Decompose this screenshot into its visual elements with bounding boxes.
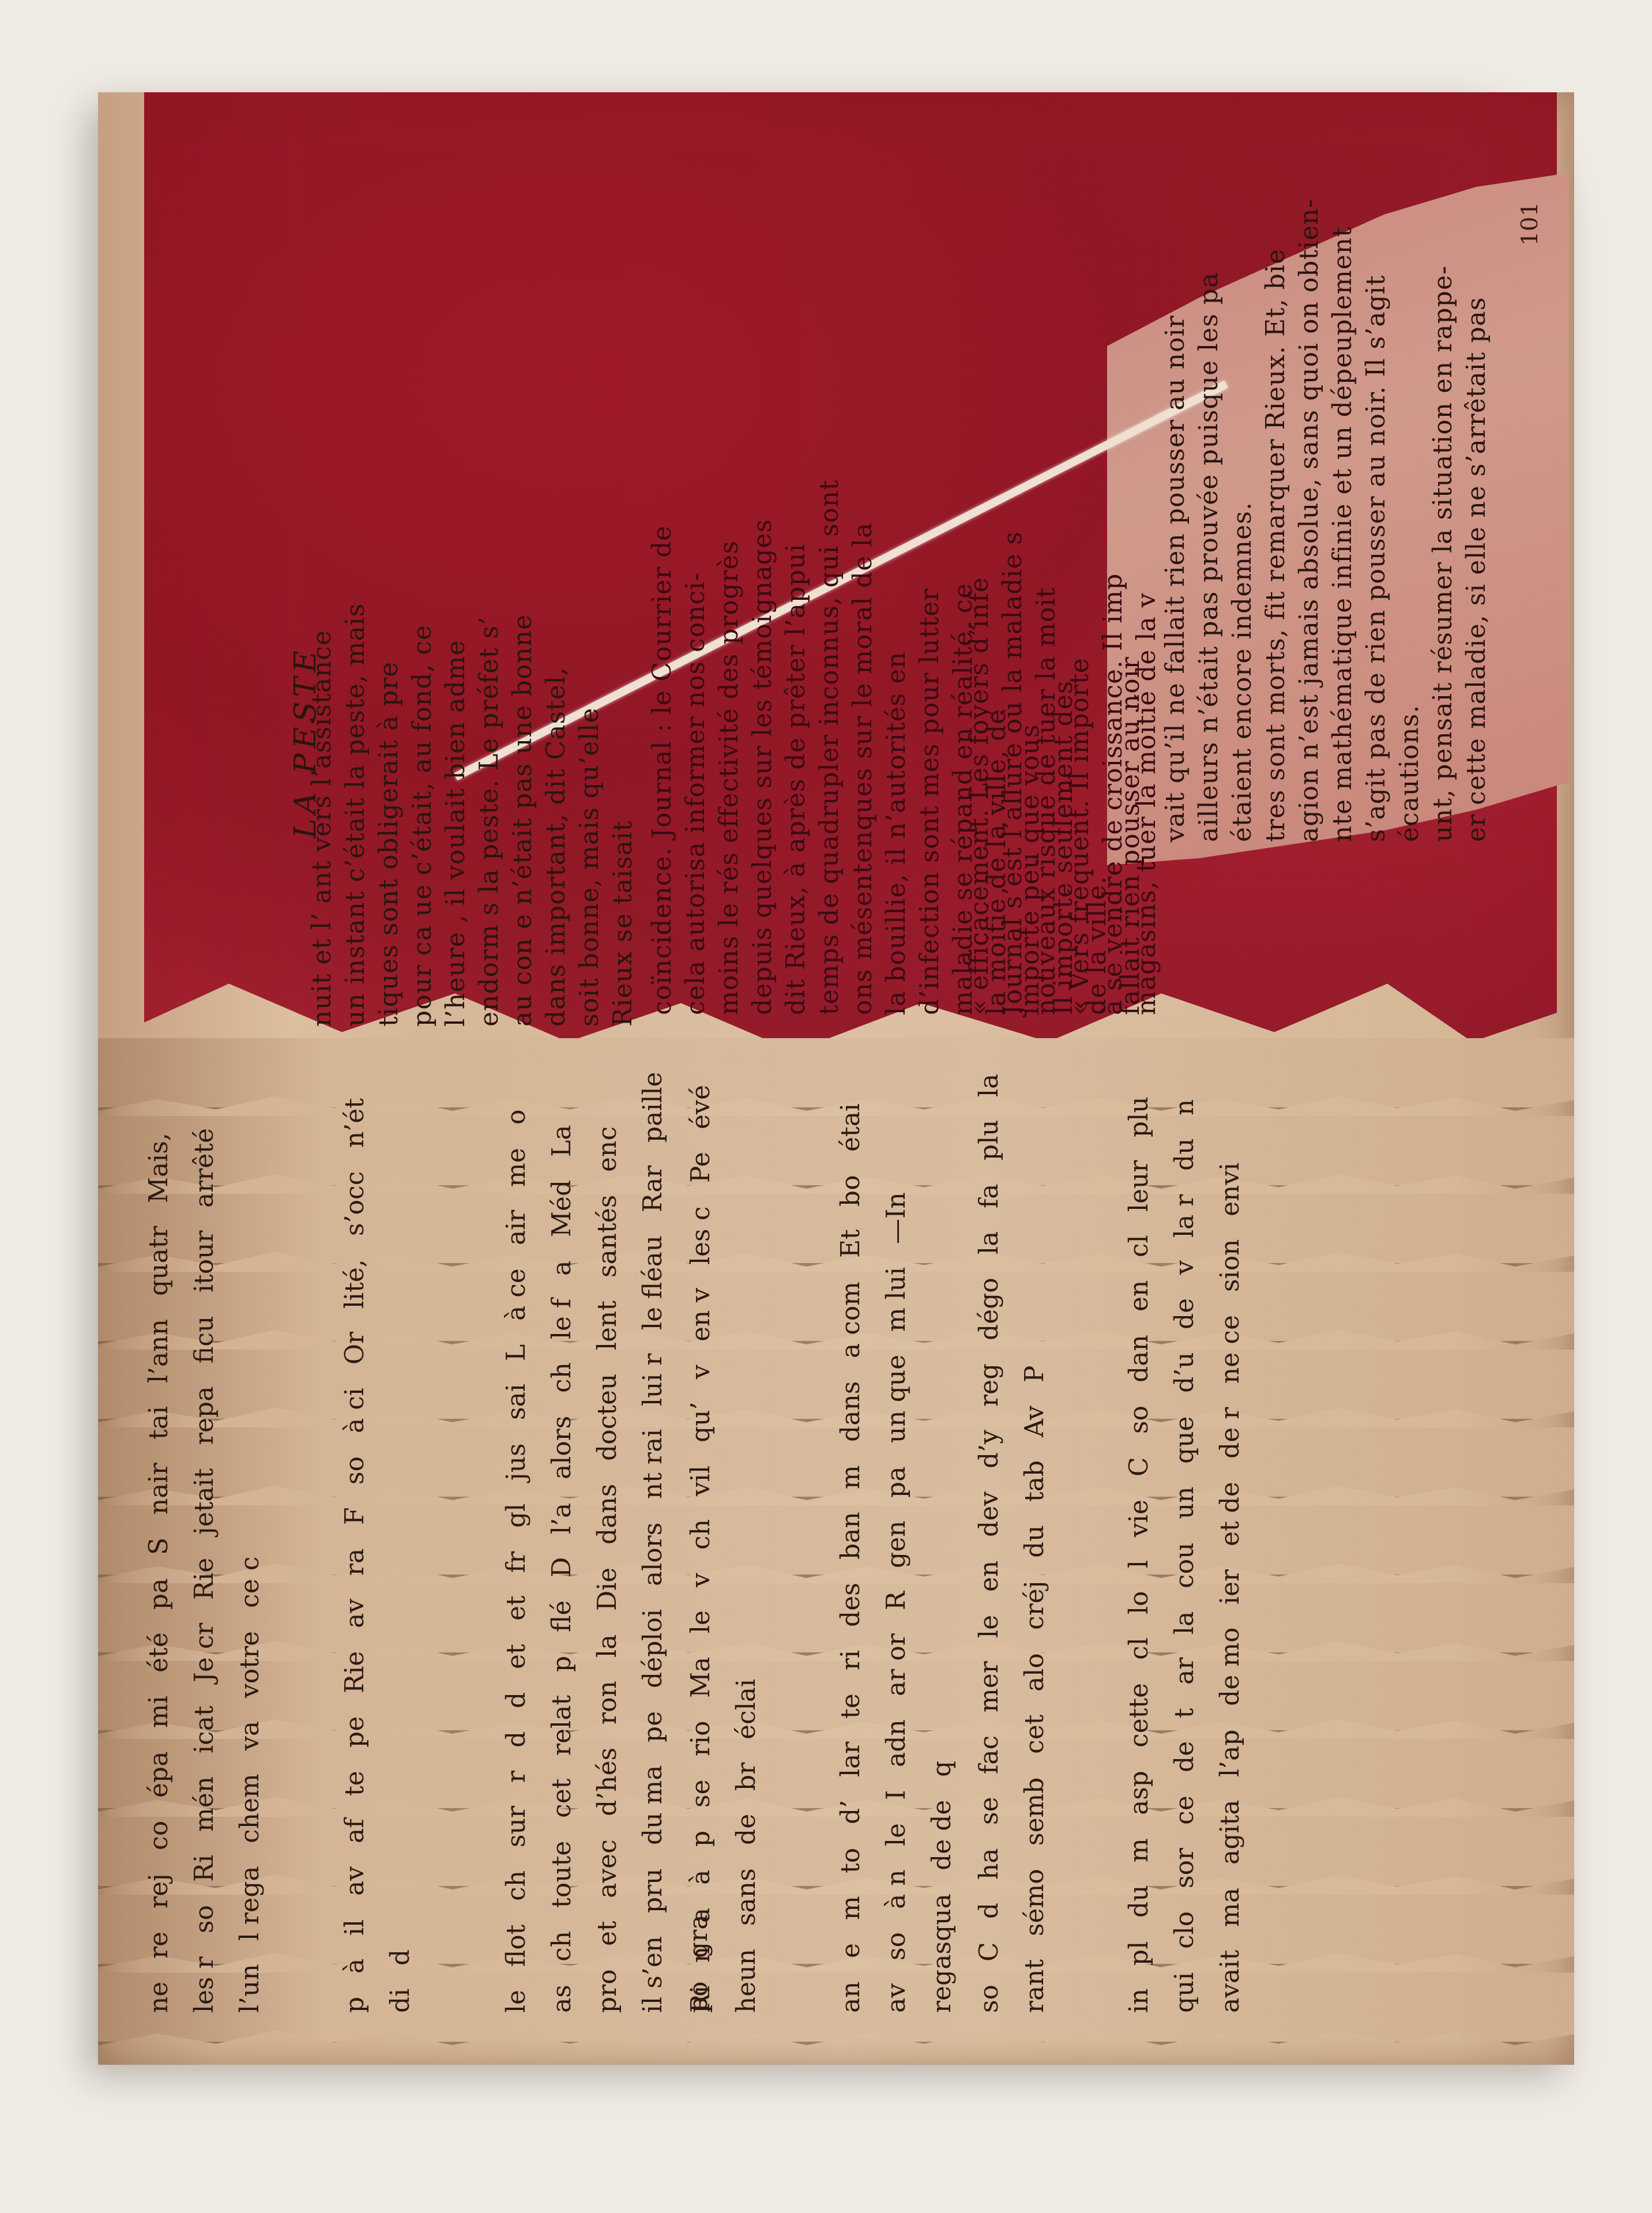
text-fragment: to (836, 1847, 865, 1873)
text-fragment: nt rai (638, 1429, 668, 1499)
text-fragment: un (1170, 1487, 1199, 1520)
text-fragment: dégo (974, 1278, 1004, 1340)
text-fragment: enc (593, 1126, 622, 1172)
text-fragment: —In (882, 1192, 911, 1244)
text-fragment: ar or (882, 1633, 911, 1696)
text-fragment: o (502, 1110, 531, 1125)
text-fragment: a (547, 1260, 577, 1275)
text-fragment: v (686, 1365, 716, 1379)
text-fragment: C (974, 1942, 1004, 1962)
text-fragment: va (235, 1721, 265, 1750)
text-fragment: le (502, 1990, 531, 2013)
text-fragment: de mo (1216, 1628, 1245, 1706)
text-fragment: ch (686, 1519, 716, 1550)
text-fragment: Et (836, 1230, 865, 1258)
text-fragment: rio (686, 1721, 716, 1757)
text-fragment: l’a (547, 1502, 577, 1534)
text-fragment: la (593, 1634, 622, 1657)
text-fragment: repa (190, 1387, 219, 1445)
text-fragment: so (340, 1456, 370, 1485)
text-fragment: r (502, 1771, 531, 1783)
text-fragment: La (547, 1125, 577, 1157)
text-fragment: d’hés (593, 1748, 622, 1816)
text-fragment: le fléau (638, 1235, 668, 1330)
text-fragment: sai (502, 1384, 531, 1421)
text-fragment: des (836, 1583, 865, 1627)
text-fragment: en v (686, 1288, 716, 1342)
text-fragment: a com (836, 1281, 865, 1358)
text-fragment: les c (686, 1206, 716, 1264)
text-line: nte mathématique infinie et un dépeuplem… (1326, 265, 1360, 842)
text-line: la bouillie, il n’autorités en (880, 208, 913, 1015)
text-fragment: in (1124, 1989, 1154, 2013)
text-fragment: m (836, 1896, 865, 1921)
text-fragment: pe (340, 1716, 370, 1748)
text-fragment: pl (1124, 1941, 1154, 1965)
text-fragment: e (836, 1943, 865, 1958)
text-fragment: vil (686, 1466, 716, 1496)
text-fragment: la (974, 1073, 1004, 1096)
text-fragment: pru (638, 1868, 668, 1913)
text-fragment: à n (882, 1869, 911, 1909)
text-line: étaient encore indemnes. (1226, 265, 1259, 842)
text-line: depuis quelques sur les témoignages (746, 208, 780, 1015)
text-fragment: asp (1124, 1771, 1154, 1815)
text-fragment: te (836, 1693, 865, 1719)
text-fragment: votre (235, 1631, 265, 1698)
text-fragment: s’occ (340, 1171, 370, 1235)
text-fragment: sor (1170, 1848, 1199, 1888)
text-fragment: C (1124, 1457, 1154, 1476)
text-line: soit bonne, mais qu’elle (573, 508, 607, 1027)
text-fragment: ce c (235, 1556, 265, 1607)
text-fragment: a (686, 1908, 716, 1923)
text-fragment: co (144, 1821, 174, 1850)
text-fragment: p (340, 1997, 370, 2013)
fragment-column: inpldumaspcettecllolvieCsodanenclleurplu… (1124, 1061, 1245, 2013)
text-fragment: flé (547, 1600, 577, 1632)
text-fragment: et (502, 1644, 531, 1669)
text-fragment: so (190, 1905, 219, 1933)
text-fragment: R (882, 1591, 911, 1610)
text-line: coïncidence. Journal : le Courrier de (646, 208, 679, 1015)
text-fragment: toute (547, 1841, 577, 1908)
text-fragment: alors (638, 1522, 668, 1585)
text-line: à se vendre de croissance. Il imp (1097, 611, 1130, 1015)
text-fragment: reg (974, 1363, 1004, 1407)
text-line: agion n’est jamais absolue, sans quoi on… (1293, 265, 1326, 842)
torn-book-artwork: LA PESTE 101 nuit et l’ ant vers l’assis… (98, 92, 1574, 2065)
text-fragment: d (386, 1949, 415, 1966)
text-fragment: m (836, 1465, 865, 1489)
text-fragment: q (927, 1761, 957, 1777)
text-fragment: lent (593, 1301, 622, 1350)
flap-text-column: vait qu’il ne fallait rien pousser au no… (1159, 265, 1493, 842)
text-line: nouveaux risque de tuer la moit (1030, 611, 1063, 1015)
text-fragment: ban (836, 1512, 865, 1560)
text-line: « Vers fréquent. Il importe (1063, 611, 1097, 1015)
text-fragment: le (686, 1610, 716, 1633)
text-fragment: m lui (882, 1267, 911, 1332)
text-fragment: arrêté (190, 1128, 219, 1208)
text-fragment: Rie (340, 1651, 370, 1693)
text-fragment: Ri (686, 1986, 716, 2013)
text-fragment: sion (1216, 1239, 1245, 1292)
text-fragment: pro (593, 1969, 622, 2013)
text-line: Rieux se taisait (607, 508, 640, 1027)
text-fragment: Rie (190, 1558, 219, 1600)
text-fragment: dans (836, 1381, 865, 1442)
text-fragment: qu’ (686, 1402, 716, 1443)
text-fragment: ne ce (1216, 1315, 1245, 1384)
text-fragment: Je cr (190, 1623, 219, 1682)
text-fragment: m (1124, 1838, 1154, 1862)
text-line: Journal s’est l’allure où la maladie s (996, 611, 1030, 1015)
text-fragment: le f (547, 1299, 577, 1339)
text-fragment: Ma (686, 1656, 716, 1697)
text-fragment: agita (1216, 1800, 1245, 1865)
text-fragment: ce (1170, 1795, 1199, 1825)
text-fragment: Pe (686, 1152, 716, 1183)
text-fragment: déploi (638, 1609, 668, 1688)
text-line: ailleurs n’était pas prouvée puisque les… (1192, 265, 1226, 842)
text-fragment: ma (1216, 1888, 1245, 1927)
text-fragment: sur (502, 1806, 531, 1847)
text-fragment: icat (190, 1705, 219, 1753)
text-fragment: de (1170, 1298, 1199, 1329)
text-fragment: dans (593, 1484, 622, 1545)
text-fragment: an (836, 1981, 865, 2013)
text-fragment: les r (190, 1956, 219, 2013)
text-fragment: d’y (974, 1430, 1004, 1468)
text-fragment: Rar (638, 1166, 668, 1212)
text-fragment: ch (547, 1931, 577, 1962)
text-fragment: plu (974, 1120, 1004, 1161)
text-fragment: éclai (732, 1679, 761, 1739)
text-fragment: le (974, 1615, 1004, 1638)
text-line: ons mésentenques sur le moral de la (846, 208, 880, 1015)
text-fragment: gen (882, 1521, 911, 1569)
text-fragment: quatr (144, 1226, 174, 1296)
text-fragment: Or (340, 1332, 370, 1365)
text-fragment: le (882, 1823, 911, 1846)
text-fragment: so (974, 1985, 1004, 2013)
text-fragment: pa (882, 1466, 911, 1497)
text-line: au con e n’était pas une bonne (506, 508, 540, 1027)
text-line: nuit et l’ ant vers l’assistance (306, 508, 339, 1027)
text-line: cela autorisa informer nos conci- (679, 208, 713, 1015)
text-fragment: jus (502, 1443, 531, 1481)
text-fragment: di (386, 1989, 415, 2013)
text-fragment: mén (190, 1776, 219, 1832)
fragment-column: anemtod’larteridesbanmdansa comEtboétaia… (836, 1061, 957, 2013)
page-number: 101 (1516, 202, 1543, 246)
text-fragment: I (882, 1790, 911, 1800)
text-line: tres sont morts, fit remarquer Rieux. Et… (1259, 265, 1293, 842)
text-fragment: ar (1170, 1658, 1199, 1685)
text-fragment: et (502, 1596, 531, 1621)
text-fragment: d (502, 1692, 531, 1708)
text-fragment: Die (593, 1568, 622, 1611)
text-fragment: vie (1124, 1500, 1154, 1537)
text-fragment: me (502, 1148, 531, 1187)
text-fragment: so (1124, 1406, 1154, 1434)
text-line: « efficacement. Les foyers d’infe (963, 611, 996, 1015)
text-fragment: épa (144, 1751, 174, 1797)
text-fragment: S (144, 1538, 174, 1555)
text-line: moins le rés effectivité des progrès (713, 208, 746, 1015)
text-fragment: ier (1216, 1569, 1245, 1605)
text-fragment: la r (1170, 1194, 1199, 1237)
text-fragment: p (686, 1831, 716, 1847)
text-fragment: sémo (1020, 1869, 1049, 1936)
text-fragment: mer (974, 1661, 1004, 1712)
text-fragment: se (686, 1779, 716, 1808)
text-fragment: jetait (190, 1468, 219, 1534)
text-fragment: fr (502, 1551, 531, 1572)
text-fragment: leur (1124, 1160, 1154, 1212)
text-fragment: docteu (593, 1373, 622, 1460)
text-fragment: du (1170, 1139, 1199, 1171)
text-line: vait qu’il ne fallait rien pousser au no… (1159, 265, 1192, 842)
text-fragment: l’ann (144, 1319, 174, 1383)
text-fragment: ch (547, 1362, 577, 1393)
text-fragment: as (547, 1985, 577, 2013)
text-fragment: flot (502, 1924, 531, 1967)
text-fragment: pa (144, 1578, 174, 1609)
text-line: endorm s la peste. Le préfet s’ (473, 508, 506, 1027)
text-line: tiques sont obligerait à pre (372, 508, 406, 1027)
text-fragment: alo (1020, 1653, 1049, 1692)
text-fragment: p (547, 1655, 577, 1671)
text-fragment: à (686, 1870, 716, 1885)
text-fragment: pe (638, 1711, 668, 1742)
text-fragment: Ri (190, 1855, 219, 1882)
text-fragment: rej (144, 1873, 174, 1908)
text-fragment: il s’en (638, 1936, 668, 2013)
text-fragment: n (1170, 1099, 1199, 1115)
text-fragment: dan (1124, 1335, 1154, 1382)
text-line: l’heure , il voulait bien adme (439, 508, 473, 1027)
text-fragment: alors (547, 1416, 577, 1479)
text-fragment: bo (836, 1175, 865, 1207)
text-fragment: lar (836, 1742, 865, 1777)
text-line: pour ca ue c’était, au fond, ce (406, 508, 439, 1027)
text-fragment: que (1170, 1416, 1199, 1464)
text-fragment: Méd (547, 1180, 577, 1237)
text-fragment: relat (547, 1695, 577, 1756)
text-fragment: v (1170, 1261, 1199, 1275)
text-line: dit Rieux, à après de prêter l’appui (780, 208, 813, 1015)
text-fragment: af (340, 1819, 370, 1844)
text-fragment: ra (340, 1548, 370, 1575)
text-fragment: l’un (235, 1964, 265, 2013)
text-fragment: de de (927, 1800, 957, 1870)
text-fragment: créj (1020, 1581, 1049, 1630)
text-fragment: chem (235, 1774, 265, 1843)
text-fragment: se (974, 1797, 1004, 1825)
text-line: un instant c’était la peste, mais (339, 508, 372, 1027)
text-fragment: fac (974, 1735, 1004, 1774)
text-fragment: d’ (836, 1800, 865, 1824)
text-fragment: cou (1170, 1542, 1199, 1588)
text-fragment: à ci (340, 1388, 370, 1433)
text-fragment: F (340, 1508, 370, 1526)
text-fragment: ch (502, 1870, 531, 1901)
text-fragment: d (974, 1903, 1004, 1919)
text-fragment: évé (686, 1085, 716, 1129)
text-line: dans important, dit Castel, (540, 508, 573, 1027)
text-fragment: fa (974, 1183, 1004, 1208)
text-fragment: en (1124, 1280, 1154, 1312)
text-fragment: paille (638, 1072, 668, 1143)
fragment-column: leflotchsurrddetetfrgljussaiLà ceairmeoa… (502, 1061, 713, 2013)
text-fragment: santés (593, 1195, 622, 1278)
text-fragment: rant (1020, 1959, 1049, 2013)
text-fragment: cl (1124, 1637, 1154, 1660)
left-text-column: nuit et l’ ant vers l’assistance un inst… (306, 508, 640, 1027)
text-fragment: de (732, 1814, 761, 1845)
fragment-column: nererejcoépamiétépaSnairtail’annquatrMai… (144, 1061, 265, 2013)
text-fragment: dev (974, 1491, 1004, 1537)
text-fragment: la (974, 1231, 1004, 1254)
text-fragment: ri (836, 1650, 865, 1670)
text-fragment: re (144, 1932, 174, 1959)
text-line: er cette maladie, si elle ne s’arrêtait … (1460, 265, 1493, 842)
text-fragment: d’u (1170, 1352, 1199, 1393)
text-fragment: n’ét (340, 1098, 370, 1148)
text-fragment: étai (836, 1103, 865, 1152)
text-fragment: itour (190, 1231, 219, 1293)
text-fragment: du ma (638, 1765, 668, 1845)
text-fragment: cet (1020, 1715, 1049, 1754)
text-fragment: ron (593, 1681, 622, 1724)
fragment-column: soCdhasefacmerleendevd’yregdégolafaplula… (974, 1061, 1049, 2013)
text-fragment: Av (1020, 1406, 1049, 1437)
text-fragment: lité, (340, 1259, 370, 1309)
text-fragment: d (502, 1731, 531, 1748)
text-fragment: n (686, 1946, 716, 1962)
text-fragment: clo (1170, 1911, 1199, 1949)
text-fragment: à (340, 1959, 370, 1974)
text-fragment: avec (593, 1839, 622, 1898)
text-fragment: tai (144, 1406, 174, 1440)
text-fragment: qui (1170, 1972, 1199, 2013)
text-line: d’infection sont mes pour lutter (913, 208, 947, 1015)
text-fragment: en (974, 1560, 1004, 1591)
text-fragment: so (882, 1932, 911, 1960)
lower-red-text: « efficacement. Les foyers d’infe Journa… (963, 611, 1164, 1015)
text-fragment: ne (144, 1982, 174, 2013)
text-fragment: air (502, 1210, 531, 1245)
text-fragment: t (1170, 1708, 1199, 1719)
text-fragment: et (593, 1921, 622, 1947)
text-fragment: il (340, 1919, 370, 1935)
text-fragment: tab (1020, 1460, 1049, 1502)
text-fragment: av (340, 1866, 370, 1896)
text-fragment: la (1170, 1611, 1199, 1635)
text-fragment: ficu (190, 1316, 219, 1363)
text-fragment: gl (502, 1504, 531, 1528)
text-fragment: du (1020, 1525, 1049, 1558)
text-fragment: heun (732, 1949, 761, 2013)
text-line: unt, pensait résumer la situation en rap… (1427, 265, 1460, 842)
text-fragment: un que (882, 1355, 911, 1443)
text-fragment: mi (144, 1696, 174, 1728)
fragment-column: RinaàpserioMalevchvilqu’ven vles cPeévéh… (686, 1061, 761, 2013)
text-fragment: P (1020, 1366, 1049, 1383)
text-fragment: lo (1124, 1591, 1154, 1615)
text-fragment: regasqua (927, 1893, 957, 2013)
text-fragment: L (502, 1344, 531, 1361)
text-fragment: plu (1124, 1096, 1154, 1137)
text-fragment: l rega (235, 1866, 265, 1941)
fragment-column: pàilavaftepeRieavraFsoà ciOrlité,s’occn’… (340, 1061, 415, 2013)
text-line: magasins, tuer la moitié de la v (1130, 611, 1164, 1015)
text-fragment: av (340, 1599, 370, 1628)
text-fragment: te (340, 1771, 370, 1796)
text-fragment: lui r (638, 1353, 668, 1406)
text-fragment: à ce (502, 1268, 531, 1321)
text-fragment: ha (974, 1848, 1004, 1880)
text-fragment: cl (1124, 1235, 1154, 1257)
text-fragment: adn (882, 1719, 911, 1767)
text-fragment: Mais, (144, 1133, 174, 1203)
text-line: temps de quadrupler inconnus, qui sont (813, 208, 846, 1015)
text-fragment: semb (1020, 1777, 1049, 1846)
text-fragment: sans (732, 1868, 761, 1926)
text-line: écautions. (1393, 265, 1427, 842)
text-fragment: avait (1216, 1950, 1245, 2013)
text-fragment: envi (1216, 1163, 1245, 1216)
text-fragment: de (1170, 1741, 1199, 1772)
text-fragment: D (547, 1557, 577, 1577)
text-fragment: l (1124, 1560, 1154, 1568)
text-fragment: de r (1216, 1407, 1245, 1458)
text-fragment: br (732, 1763, 761, 1791)
text-fragment: av (882, 1983, 911, 2013)
text-fragment: l’ap (1216, 1729, 1245, 1776)
text-fragment: du (1124, 1885, 1154, 1918)
text-fragment: été (144, 1633, 174, 1673)
text-line: s’agit pas de rien pousser au noir. Il s… (1360, 265, 1393, 842)
text-fragment: v (686, 1573, 716, 1587)
text-fragment: nair (144, 1463, 174, 1515)
text-fragment: cette (1124, 1683, 1154, 1748)
text-fragment: cet (547, 1779, 577, 1818)
text-fragment: et de (1216, 1482, 1245, 1546)
